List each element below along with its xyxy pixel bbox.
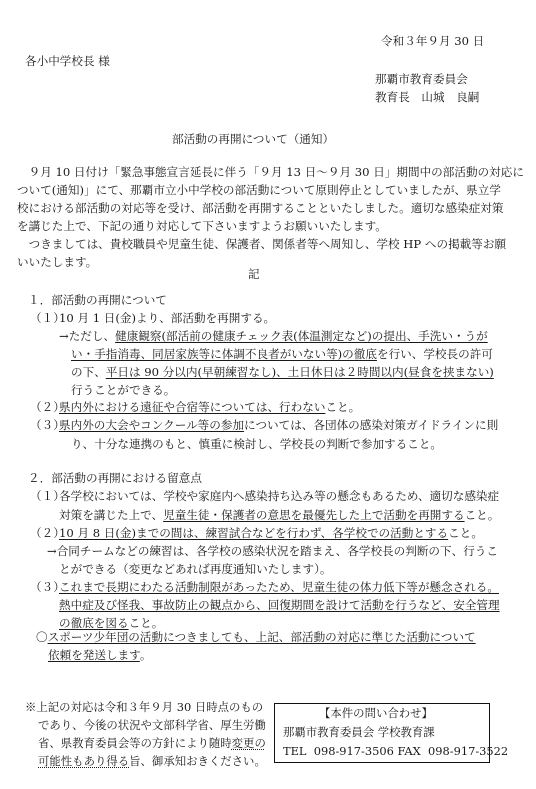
dotted-underlined-text: 可能性もあり得る xyxy=(38,754,129,768)
addressee: 各小中学校長 様 xyxy=(25,53,110,70)
footnote-line: ※上記の対応は令和３年９月 30 日時点のもの xyxy=(25,699,263,716)
intro-line: 校における部活動の対応等を受け、部活動を再開することといたしました。適切な感染症… xyxy=(17,200,503,217)
item-note-line: →合同チームなどの練習は、各学校の感染状況を踏まえ、各学校長の判断の下、行うこ xyxy=(47,543,498,560)
item-text: 10 月 8 日(金)までの間は、練習試合などを行わず、各学校での活動とすること… xyxy=(59,525,483,542)
item-text-continuation: 対策を講じた上で、児童生徒・保護者の意思を最優先した上で活動を再開すること。 xyxy=(59,507,499,524)
contact-box: 【本件の問い合わせ】 那覇市教育委員会 学校教育課 TEL 098-917-35… xyxy=(274,703,490,763)
sports-note-line: 〇スポーツ少年団の活動につきましても、上記、部活動の対応に準じた活動について xyxy=(36,629,476,646)
sender-organization: 那覇市教育委員会 xyxy=(375,71,468,88)
item-text-continuation: り、十分な連携のもと、慎重に検討し、学校長の判断で参加すること。 xyxy=(71,436,442,453)
sender-name: 教育長 山城 良嗣 xyxy=(375,89,479,106)
item-text-pre: 対策を講じた上で、 xyxy=(59,508,163,522)
section-heading: １．部活動の再開について xyxy=(28,292,167,309)
item-text-rest: については、各団体の感染対策ガイドラインに則 xyxy=(244,418,498,432)
underlined-text: 県内外における遠征や合宿等については、行わない xyxy=(59,400,325,414)
underlined-text: これまで長期にわたる活動制限があったため、児童生徒の体力低下等が懸念される。 xyxy=(59,580,499,594)
intro-line: ついて(通知)」にて、那覇市立小中学校の部活動について原則停止としていましたが、… xyxy=(17,182,501,199)
document-title: 部活動の再開について（通知） xyxy=(172,131,334,148)
dotted-underlined-text: 変更の xyxy=(232,736,266,750)
sports-note-line: 依頼を発送します。 xyxy=(48,647,151,664)
item-text: 各学校においては、学校や家庭内へ感染持ち込み等の懸念もあるため、適切な感染症 xyxy=(59,488,499,505)
intro-line: ９月 10 日付け「緊急事態宣言延長に伴う「９月 13 日～９月 30 日」期間… xyxy=(17,164,524,181)
item-text: 10 月 1 日(金)より、部活動を再開する。 xyxy=(59,310,275,327)
underlined-text: 児童生徒・保護者の意思を最優先した上で活動を再開する xyxy=(163,508,464,522)
item-note-line: の下、平日は 90 分以内(早朝練習なし)、土日休日は２時間以内(昼食を挟まない… xyxy=(71,364,494,381)
intro-line: つきましては、貴校職員や児童生徒、保護者、関係者等へ周知し、学校 HP への掲載… xyxy=(17,236,506,253)
document-date: 令和３年９月 30 日 xyxy=(381,33,484,50)
item-text-rest: こと。 xyxy=(465,508,500,522)
intro-line: いいたします。 xyxy=(17,254,97,271)
item-text: これまで長期にわたる活動制限があったため、児童生徒の体力低下等が懸念される。 xyxy=(59,579,499,596)
sports-note-rest: 。 xyxy=(140,648,152,662)
contact-box-title: 【本件の問い合わせ】 xyxy=(319,705,433,722)
intro-line: を講じた上で、下記の通り対応して下さいますようお願いいたします。 xyxy=(17,218,387,235)
item-text-rest: こと。 xyxy=(325,400,360,414)
contact-department: 那覇市教育委員会 学校教育課 xyxy=(283,724,435,741)
footnote-text: 旨、御承知おきください。 xyxy=(129,754,266,768)
item-text-rest: こと。 xyxy=(448,526,483,540)
item-note-line: 行うことができる。 xyxy=(71,382,175,399)
footnote-text: 省、県教育委員会等の方針により随時 xyxy=(38,736,232,750)
note-text: の下、 xyxy=(71,365,106,379)
contact-phone: TEL 098-917-3506 FAX 098-917-3522 xyxy=(283,743,508,760)
item-note-line: とができる（変更などあれば再度通知いたします）。 xyxy=(59,561,331,578)
item-note-line: →ただし、健康観察(部活前の健康チェック表(体温測定など)の提出、手洗い・うが xyxy=(59,328,488,345)
item-text-continuation: 熱中症及び怪我、事故防止の観点から、回復期間を設けて活動を行うなど、安全管理 xyxy=(59,597,500,614)
underlined-text: 平日は 90 分以内(早朝練習なし)、土日休日は２時間以内(昼食を挟まない) xyxy=(106,365,494,379)
underlined-text: 依頼を発送します xyxy=(48,648,140,662)
note-prefix: →ただし、 xyxy=(59,329,115,343)
underlined-text: 熱中症及び怪我、事故防止の観点から、回復期間を設けて活動を行うなど、安全管理 xyxy=(59,598,500,612)
item-text-rest: こと。 xyxy=(129,616,164,630)
item-text: 県内外の大会やコンクール等の参加については、各団体の感染対策ガイドラインに則 xyxy=(59,417,498,434)
footnote-line: 可能性もあり得る旨、御承知おきください。 xyxy=(38,753,266,770)
underlined-text: の徹底を図る xyxy=(59,616,129,630)
note-text: を行い、学校長の許可 xyxy=(377,347,493,361)
ki-heading: 記 xyxy=(248,266,260,283)
underlined-text: スポーツ少年団の活動につきましても、上記、部活動の対応に準じた活動について xyxy=(48,630,476,644)
footnote-line: であり、今後の状況や文部科学省、厚生労働 xyxy=(38,717,266,734)
underlined-text: 健康観察(部活前の健康チェック表(体温測定など)の提出、手洗い・うが xyxy=(115,329,488,343)
footnote-line: 省、県教育委員会等の方針により随時変更の xyxy=(38,735,266,752)
section-heading: ２．部活動の再開における留意点 xyxy=(28,470,202,487)
underlined-text: い・手指消毒、同居家族等に体調不良者がいない等)の徹底 xyxy=(71,347,377,361)
underlined-text: 10 月 8 日(金)までの間は、練習試合などを行わず、各学校での活動とする xyxy=(59,526,448,540)
underlined-text: 県内外の大会やコンクール等の参加 xyxy=(59,418,244,432)
item-note-line: い・手指消毒、同居家族等に体調不良者がいない等)の徹底を行い、学校長の許可 xyxy=(71,346,493,363)
circle-bullet-icon: 〇 xyxy=(36,630,48,644)
item-text: 県内外における遠征や合宿等については、行わないこと。 xyxy=(59,399,360,416)
